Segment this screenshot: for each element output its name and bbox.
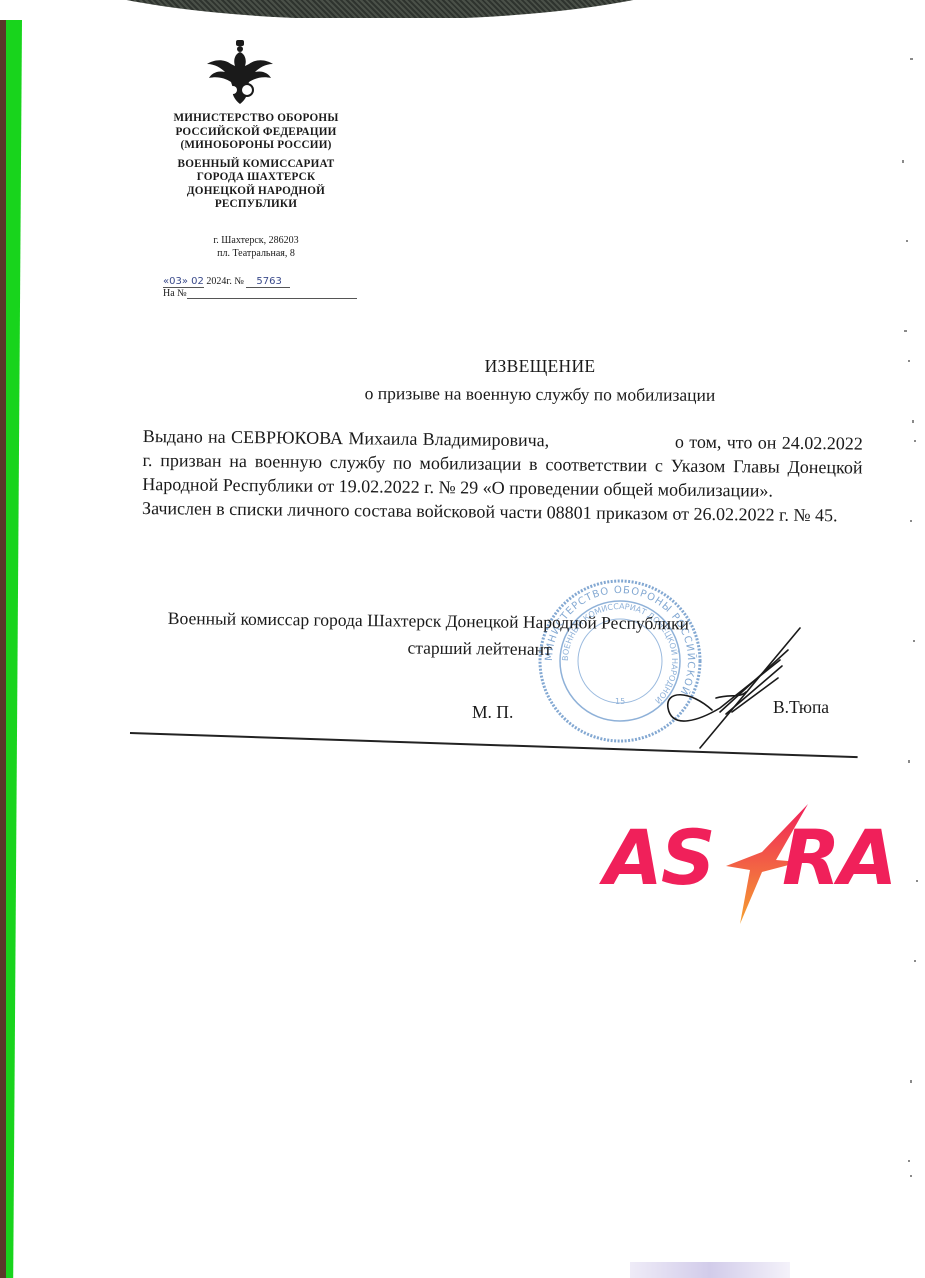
- scan-smudge: [630, 1262, 790, 1278]
- logo-text-left: AS: [604, 818, 714, 898]
- commissariat-line-3: ДОНЕЦКОЙ НАРОДНОЙ: [148, 185, 364, 199]
- issuer-header: МИНИСТЕРСТВО ОБОРОНЫ РОССИЙСКОЙ ФЕДЕРАЦИ…: [148, 112, 364, 212]
- ministry-line-2: РОССИЙСКОЙ ФЕДЕРАЦИИ: [148, 126, 364, 140]
- astra-watermark-logo: AS RA: [600, 800, 920, 930]
- reg-date: «03» 02: [163, 276, 204, 288]
- redacted-field: [554, 446, 669, 447]
- ministry-line-1: МИНИСТЕРСТВО ОБОРОНЫ: [148, 112, 364, 126]
- double-headed-eagle-crest-icon: [205, 38, 275, 110]
- commissariat-line-4: РЕСПУБЛИКИ: [148, 198, 364, 212]
- recipient-text: Выдано на СЕВРЮКОВА Михаила Владимирович…: [143, 426, 550, 450]
- seal-place-label: М. П.: [472, 702, 513, 723]
- issuer-address: г. Шахтерск, 286203 пл. Театральная, 8: [148, 234, 364, 260]
- reference-line: На №: [163, 288, 357, 299]
- document-title: ИЗВЕЩЕНИЕ: [300, 355, 780, 377]
- commissariat-line-1: ВОЕННЫЙ КОМИССАРИАТ: [148, 158, 364, 172]
- logo-text-right: RA: [782, 818, 895, 898]
- registration-line: «03» 02 2024г. № 5763: [163, 276, 290, 288]
- green-folder-edge: [0, 20, 22, 1278]
- address-line-1: г. Шахтерск, 286203: [148, 234, 364, 247]
- document-body: Выдано на СЕВРЮКОВА Михаила Владимирович…: [142, 424, 863, 528]
- ministry-line-3: (МИНОБОРОНЫ РОССИИ): [148, 139, 364, 153]
- handwritten-signature-icon: [660, 620, 830, 760]
- document-subtitle: о призыве на военную службу по мобилизац…: [300, 382, 780, 407]
- commissariat-line-2: ГОРОДА ШАХТЕРСК: [148, 171, 364, 185]
- scan-specks: [880, 0, 925, 1278]
- reg-year-suffix: г. №: [226, 276, 244, 287]
- stamp-number: 15: [615, 697, 625, 706]
- reg-year: 2024: [206, 276, 226, 287]
- ref-label: На №: [163, 288, 187, 299]
- address-line-2: пл. Театральная, 8: [148, 247, 364, 260]
- reg-number: 5763: [246, 276, 289, 288]
